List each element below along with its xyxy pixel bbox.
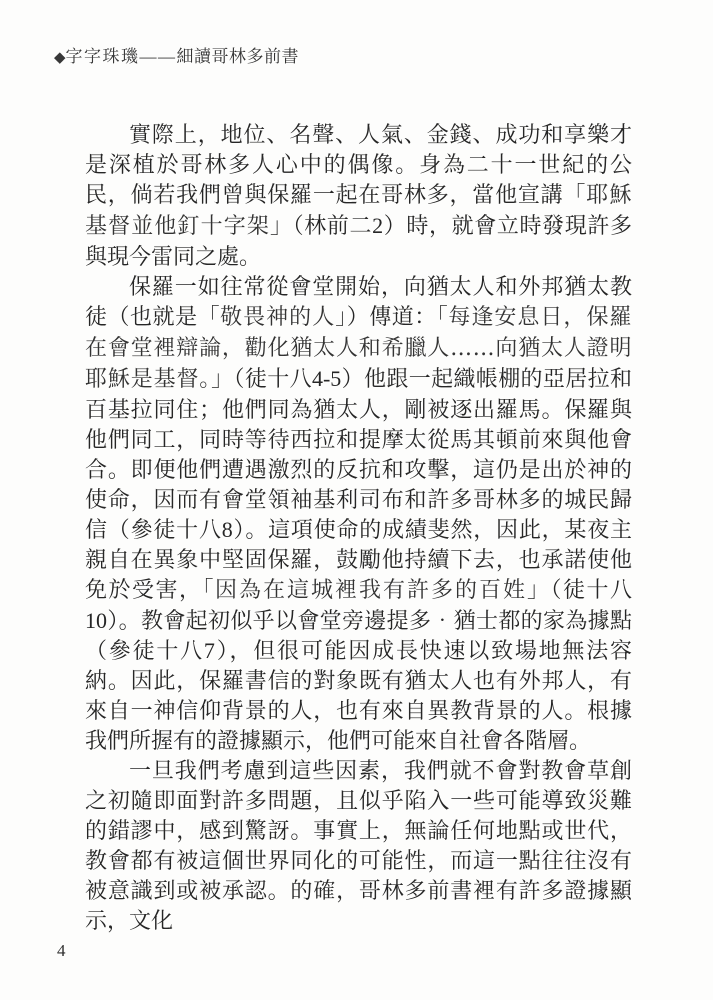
body-text: 實際上，地位、名聲、人氣、金錢、成功和享樂才是深植於哥林多人心中的偶像。身為二十… — [85, 120, 632, 936]
scripture-quote-segment: 因為在這城裡我有許多的百姓 — [215, 578, 527, 603]
running-header: ◆字字珠璣——細讀哥林多前書 — [54, 42, 299, 67]
text-segment: 實際上，地位、名聲、人氣、金錢、成功和享樂才是深植於哥林多人心中的偶像。身為二十… — [85, 122, 632, 207]
text-segment: 一旦我們考慮到這些因素，我們就不會對教會草創之初隨即面對許多問題，且似乎陷入一些… — [85, 758, 632, 933]
text-segment: 」（徒十八4-5）他跟一起織帳棚的亞居拉和百基拉同住；他們同為猶太人，剛被逐出羅… — [85, 366, 632, 602]
paragraph: 保羅一如往常從會堂開始，向猶太人和外邦猶太教徒（也就是「敬畏神的人」）傳道：「每… — [85, 272, 632, 756]
page-number: 4 — [57, 941, 66, 961]
paragraph: 實際上，地位、名聲、人氣、金錢、成功和享樂才是深植於哥林多人心中的偶像。身為二十… — [85, 120, 632, 272]
scripture-quote-segment: 敬畏神的人 — [220, 305, 335, 330]
book-page: ◆字字珠璣——細讀哥林多前書 實際上，地位、名聲、人氣、金錢、成功和享樂才是深植… — [0, 0, 713, 1000]
text-segment: 」（徒十八10）。教會起初似乎以會堂旁邊提多‧猶士都的家為據點（參徒十八7），但… — [85, 577, 632, 753]
series-title: 字字珠璣 — [66, 47, 140, 66]
diamond-icon: ◆ — [54, 50, 66, 66]
book-title: 細讀哥林多前書 — [177, 47, 300, 67]
paragraph: 一旦我們考慮到這些因素，我們就不會對教會草創之初隨即面對許多問題，且似乎陷入一些… — [85, 756, 632, 936]
header-dash: —— — [140, 47, 177, 66]
text-segment: 」）傳道：「 — [335, 304, 448, 329]
